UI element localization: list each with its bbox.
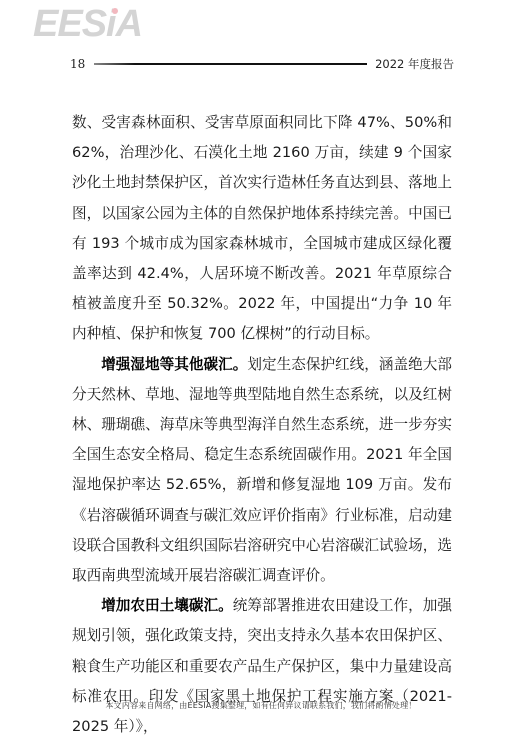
logo-dotted-i: i — [106, 4, 116, 44]
paragraph-text: 划定生态保护红线，涵盖绝大部分天然林、草地、湿地等典型陆地自然生态系统，以及红树… — [72, 356, 452, 584]
report-title: 2022 年度报告 — [375, 56, 454, 72]
paragraph-wetland-carbon-sink: 增强湿地等其他碳汇。划定生态保护红线，涵盖绝大部分天然林、草地、湿地等典型陆地自… — [72, 350, 452, 592]
paragraph-text: 统筹部署推进农田建设工作，加强规划引领，强化政策支持，突出支持永久基本农田保护区… — [72, 597, 452, 735]
logo-text-start: EES — [33, 3, 106, 45]
paragraph-lead: 增加农田土壤碳汇。 — [101, 597, 233, 614]
paragraph-farmland-soil-carbon-sink: 增加农田土壤碳汇。统筹部署推进农田建设工作，加强规划引领，强化政策支持，突出支持… — [72, 591, 452, 737]
footer-disclaimer: 本文内容来自网络，由EESIA搜集整理，如有任何异议请联系我们，我们将酌情处理！ — [0, 700, 522, 711]
page-header: 18 2022 年度报告 — [70, 55, 454, 73]
document-body: 数、受害森林面积、受害草原面积同比下降 47%、50%和 62%，治理沙化、石漠… — [72, 108, 452, 737]
header-divider — [94, 63, 367, 65]
paragraph-continued: 数、受害森林面积、受害草原面积同比下降 47%、50%和 62%，治理沙化、石漠… — [72, 108, 452, 350]
paragraph-text: 数、受害森林面积、受害草原面积同比下降 47%、50%和 62%，治理沙化、石漠… — [72, 114, 452, 342]
eesia-logo: EESiA — [33, 4, 142, 44]
logo-text-end: A — [116, 3, 142, 45]
page-number: 18 — [70, 57, 88, 71]
paragraph-lead: 增强湿地等其他碳汇。 — [101, 356, 247, 373]
